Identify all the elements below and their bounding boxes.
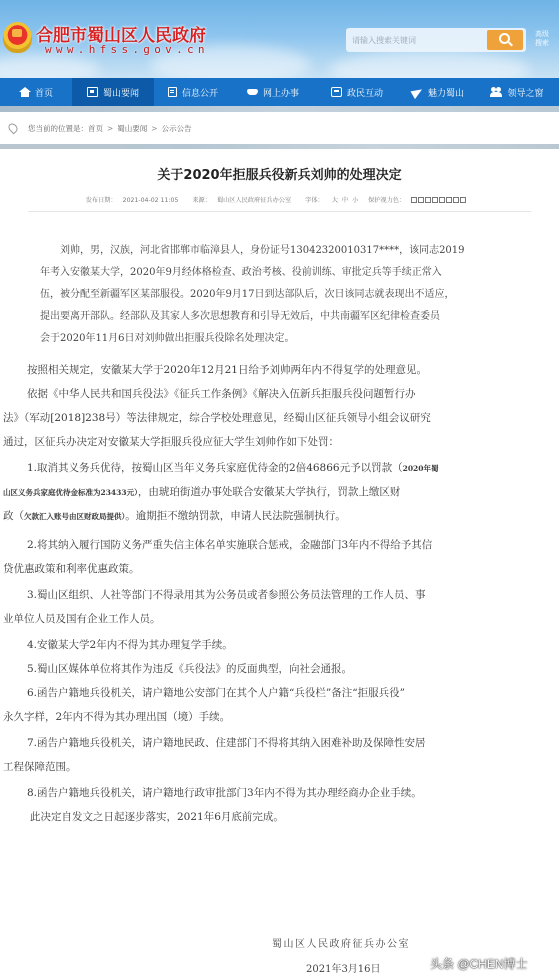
eye-protection-label: 保护视力色： bbox=[368, 197, 405, 204]
paragraph-line: 按照相关规定，安徽某大学于2020年12月21日给予刘帅两年内不得复学的处理意见… bbox=[27, 362, 427, 377]
nav-item-info-disclosure[interactable]: 信息公开 bbox=[154, 78, 232, 106]
text-segment: 1.取消其义务兵优待，按蜀山区当年义务兵家庭优待金的2倍46866元予以罚款（ bbox=[27, 462, 403, 474]
paragraph-line: 1.取消其义务兵优待，按蜀山区当年义务兵家庭优待金的2倍46866元予以罚款（2… bbox=[27, 460, 438, 475]
paragraph-line: 伍，被分配至新疆军区某部服役。2020年9月17日到达部队后，次日该同志就表现出… bbox=[40, 285, 455, 300]
info-icon bbox=[168, 87, 177, 97]
handshake-icon bbox=[247, 87, 258, 97]
divider bbox=[28, 211, 531, 212]
paragraph-line: 刘帅，男，汉族，河北省邯郸市临漳县人，身份证号13042320010317***… bbox=[60, 241, 465, 256]
nav-item-label: 信息公开 bbox=[182, 86, 218, 99]
font-large-button[interactable]: 大 bbox=[332, 197, 338, 204]
nav-item-label: 领导之窗 bbox=[507, 86, 543, 99]
paragraph-line: 4.安徽某大学2年内不得为其办理复学手续。 bbox=[27, 637, 233, 652]
paragraph-line: 政（欠款汇入账号由区财政局提供）。逾期拒不缴纳罚款，申请人民法院强制执行。 bbox=[3, 508, 346, 523]
source-label: 来源： bbox=[192, 197, 211, 204]
paragraph-line: 此决定自发文之日起逐步落实，2021年6月底前完成。 bbox=[30, 809, 284, 824]
paragraph-line: 6.函告户籍地兵役机关，请户籍地公安部门在其个人户籍“兵役栏”备注“拒服兵役” bbox=[27, 685, 405, 700]
nav-item-interaction[interactable]: 政民互动 bbox=[314, 78, 400, 106]
paragraph-line: 提出要离开部队。经部队及其家人多次思想教育和引导无效后，中共南疆军区纪律检查委员 bbox=[40, 307, 440, 322]
main-nav: 首页 蜀山要闻 信息公开 网上办事 政民互动 魅力蜀山 领导之窗 bbox=[0, 78, 559, 106]
search-button[interactable] bbox=[487, 30, 523, 50]
color-swatch-7[interactable] bbox=[453, 197, 459, 203]
search-input[interactable] bbox=[346, 28, 486, 52]
text-segment: 政（ bbox=[3, 510, 24, 522]
text-segment: 2020年蜀 bbox=[403, 464, 439, 473]
text-segment: 山区义务兵家庭优待金标准为23433元） bbox=[3, 488, 138, 497]
breadcrumb-home[interactable]: 首页 bbox=[88, 123, 103, 134]
paragraph-line: 3.蜀山区组织、人社等部门不得录用其为公务员或者参照公务员法管理的工作人员、事 bbox=[27, 587, 426, 602]
breadcrumb: 您当前的位置是： 首页 > 蜀山要闻 > 公示公告 bbox=[0, 112, 559, 144]
breadcrumb-separator: > bbox=[107, 124, 113, 133]
news-icon bbox=[87, 87, 98, 97]
article-title: 关于2020年拒服兵役新兵刘帅的处理决定 bbox=[0, 164, 559, 183]
text-segment: ，由琥珀街道办事处联合安徽某大学执行，罚款上缴区财 bbox=[138, 486, 401, 498]
color-swatch-8[interactable] bbox=[460, 197, 466, 203]
paragraph-line: 贷优惠政策和利率优惠政策。 bbox=[3, 561, 140, 576]
breadcrumb-notices[interactable]: 公示公告 bbox=[162, 123, 192, 134]
article-meta: 发布日期：2021-04-02 11:05 来源：蜀山区人民政府征兵办公室 字体… bbox=[0, 195, 559, 204]
nav-item-online-services[interactable]: 网上办事 bbox=[232, 78, 314, 106]
advanced-search-link[interactable]: 高级 搜索 bbox=[533, 30, 551, 48]
color-swatch-1[interactable] bbox=[411, 197, 417, 203]
nav-item-home[interactable]: 首页 bbox=[0, 78, 72, 106]
paragraph-line: 山区义务兵家庭优待金标准为23433元），由琥珀街道办事处联合安徽某大学执行，罚… bbox=[3, 484, 400, 499]
publish-date: 2021-04-02 11:05 bbox=[123, 197, 179, 204]
people-icon bbox=[491, 87, 502, 97]
breadcrumb-prefix: 您当前的位置是： bbox=[28, 123, 88, 134]
paragraph-line: 7.函告户籍地兵役机关，请户籍地民政、住建部门不得将其纳入困难补助及保障性安居 bbox=[27, 735, 426, 750]
font-medium-button[interactable]: 中 bbox=[342, 197, 348, 204]
nav-item-label: 首页 bbox=[35, 86, 53, 99]
nav-item-label: 魅力蜀山 bbox=[428, 86, 464, 99]
advanced-search-label: 高级 bbox=[533, 30, 551, 39]
color-swatch-4[interactable] bbox=[432, 197, 438, 203]
color-swatch-5[interactable] bbox=[439, 197, 445, 203]
paragraph-line: 5.蜀山区媒体单位将其作为违反《兵役法》的反面典型，向社会通报。 bbox=[27, 661, 352, 676]
breadcrumb-separator: > bbox=[151, 124, 157, 133]
font-small-button[interactable]: 小 bbox=[352, 197, 358, 204]
nav-item-label: 蜀山要闻 bbox=[103, 86, 139, 99]
advanced-search-label: 搜索 bbox=[533, 39, 551, 48]
text-segment: 。逾期拒不缴纳罚款，申请人民法院强制执行。 bbox=[125, 510, 346, 522]
paragraph-line: 通过，区征兵办决定对安徽某大学拒服兵役应征大学生刘帅作如下处罚： bbox=[3, 434, 339, 449]
color-swatch-3[interactable] bbox=[425, 197, 431, 203]
decorative-band bbox=[0, 144, 559, 149]
paragraph-line: 会于2020年11月6日对刘帅做出拒服兵役除名处理决定。 bbox=[40, 329, 295, 344]
breadcrumb-shushan-news[interactable]: 蜀山要闻 bbox=[117, 123, 147, 134]
color-swatch-2[interactable] bbox=[418, 197, 424, 203]
national-emblem-icon bbox=[3, 22, 32, 53]
cloud-decoration bbox=[0, 55, 100, 78]
site-url: www.hfss.gov.cn bbox=[45, 43, 209, 56]
home-icon bbox=[19, 87, 30, 97]
paragraph-line: 年考入安徽某大学，2020年9月经体格检查、政治考核、役前训练、审批定兵等手续正… bbox=[40, 263, 442, 278]
text-segment: 欠款汇入账号由区财政局提供） bbox=[24, 512, 125, 521]
nav-item-label: 政民互动 bbox=[347, 86, 383, 99]
search-icon-handle bbox=[508, 42, 513, 47]
location-pin-icon bbox=[7, 122, 20, 135]
paragraph-line: 法》（军动[2018]238号）等法律规定，综合学校处理意见，经蜀山区征兵领导小… bbox=[3, 410, 431, 425]
paragraph-line: 2.将其纳入履行国防义务严重失信主体名单实施联合惩戒，金融部门3年内不得给予其信 bbox=[27, 537, 432, 552]
signature-date: 2021年3月16日 bbox=[306, 960, 381, 975]
chat-icon bbox=[331, 87, 342, 97]
date-label: 发布日期： bbox=[86, 197, 117, 204]
paragraph-line: 业单位人员及国有企业工作人员。 bbox=[3, 611, 161, 626]
paragraph-line: 8.函告户籍地兵役机关，请户籍地行政审批部门3年内不得为其办理经商办企业手续。 bbox=[27, 785, 422, 800]
site-header: 合肥市蜀山区人民政府 www.hfss.gov.cn 高级 搜索 bbox=[0, 0, 559, 78]
signature-organization: 蜀山区人民政府征兵办公室 bbox=[272, 935, 410, 950]
color-swatch-6[interactable] bbox=[446, 197, 452, 203]
watermark: 头条 @CHEN博士 bbox=[430, 955, 528, 972]
paper-plane-icon bbox=[412, 87, 423, 97]
paragraph-line: 永久字样，2年内不得为其办理出国（境）手续。 bbox=[3, 709, 230, 724]
paragraph-line: 工程保障范围。 bbox=[3, 759, 77, 774]
cloud-decoration bbox=[330, 50, 530, 78]
article-source: 蜀山区人民政府征兵办公室 bbox=[217, 197, 291, 204]
nav-item-shushan-news[interactable]: 蜀山要闻 bbox=[72, 78, 154, 106]
nav-item-label: 网上办事 bbox=[263, 86, 299, 99]
nav-item-charm-shushan[interactable]: 魅力蜀山 bbox=[400, 78, 476, 106]
paragraph-line: 依据《中华人民共和国兵役法》《征兵工作条例》《解决入伍新兵拒服兵役问题暂行办 bbox=[27, 386, 416, 401]
font-size-label: 字体： bbox=[305, 197, 324, 204]
nav-item-leaders[interactable]: 领导之窗 bbox=[476, 78, 559, 106]
